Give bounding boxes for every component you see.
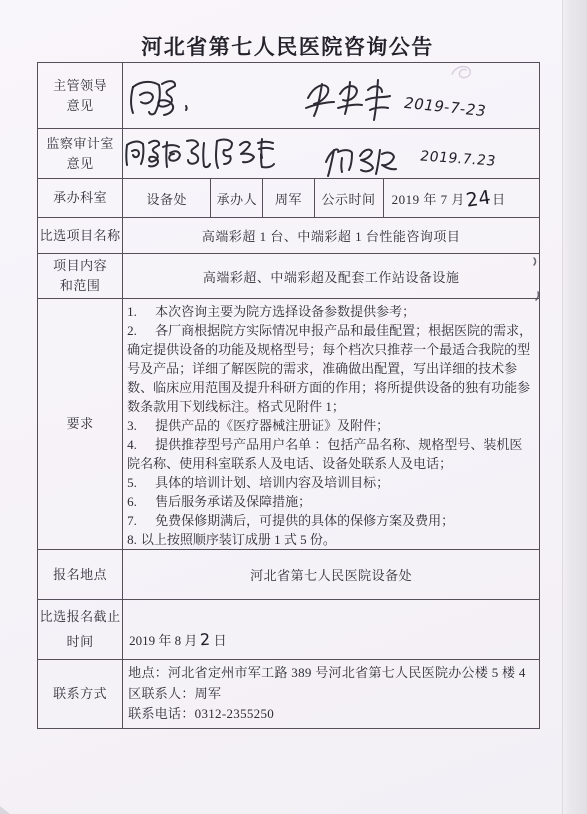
page-title: 河北省第七人民医院咨询公告 <box>37 31 538 61</box>
publicity-date-prefix: 2019 年 7 月 <box>392 192 465 207</box>
deadline-label-line1: 比选报名截止 <box>38 607 122 627</box>
deadline-label-line2: 时间 <box>38 632 122 652</box>
requirement-item: 7.免费保修期满后，可提供的具体的保修方案及费用； <box>127 511 535 530</box>
requirement-item: 2.各厂商根据院方实际情况申报产品和最佳配置；根据医院的需求，确定提供设备的功能… <box>127 321 535 416</box>
undertake-row: 承办科室 设备处 承办人 周军 公示时间 2019 年 7 月24日 <box>38 179 540 218</box>
contact-person-line: 区联系人：周军 <box>128 684 534 705</box>
scope-label-line2: 和范围 <box>38 276 122 296</box>
scope-row: 项目内容 和范围 高端彩超、中端彩超及配套工作站设备设施 <box>38 254 540 299</box>
requirement-item: 8.以上按照顺序装订成册 1 式 5 份。 <box>127 530 535 549</box>
contact-address-line: 地点：河北省定州市军工路 389 号河北省第七人民医院办公楼 5 楼 4 <box>128 663 534 684</box>
publicity-date-suffix: 日 <box>492 192 506 207</box>
leader-opinion-label: 主管领导 意见 <box>38 63 123 129</box>
scanned-announcement-page: 河北省第七人民医院咨询公告 主管领导 意见 监察审计室 意见 承办科室 设备处 … <box>0 0 587 814</box>
contact-row: 联系方式 地点：河北省定州市军工路 389 号河北省第七人民医院办公楼 5 楼 … <box>38 660 540 729</box>
contact-phone-line: 联系电话：0312-2355250 <box>128 704 534 725</box>
undertake-dept-label: 承办科室 <box>38 179 123 218</box>
scan-corner-shadow <box>0 806 10 814</box>
project-name-row: 比选项目名称 高端彩超 1 台、中端彩超 1 台性能咨询项目 <box>38 218 540 254</box>
leader-label-line2: 意见 <box>38 96 122 116</box>
deadline-row: 比选报名截止 时间 2019 年 8 月2日 <box>38 600 540 660</box>
project-name-label: 比选项目名称 <box>38 218 123 254</box>
requirement-item: 5.具体的培训计划、培训内容及培训目标； <box>127 473 535 492</box>
undertake-person-label: 承办人 <box>211 179 263 218</box>
requirement-item: 4.提供推荐型号产品用户名单 ：包括产品名称、规格型号、装机医院名称、使用科室联… <box>127 435 535 473</box>
leader-label-line1: 主管领导 <box>38 76 122 96</box>
requirements-label: 要求 <box>38 299 123 550</box>
requirement-item: 1.本次咨询主要为院方选择设备参数提供参考； <box>127 302 535 321</box>
handwritten-day-24: 24 <box>464 186 492 211</box>
project-name-value: 高端彩超 1 台、中端彩超 1 台性能咨询项目 <box>123 218 540 254</box>
deadline-label: 比选报名截止 时间 <box>38 600 123 660</box>
requirements-row: 要求 1.本次咨询主要为院方选择设备参数提供参考； 2.各厂商根据院方实际情况申… <box>38 299 540 550</box>
location-value: 河北省第七人民医院设备处 <box>123 550 540 600</box>
publicity-date: 2019 年 7 月24日 <box>383 179 539 218</box>
audit-opinion-label: 监察审计室 意见 <box>38 129 123 179</box>
requirements-value: 1.本次咨询主要为院方选择设备参数提供参考； 2.各厂商根据院方实际情况申报产品… <box>123 299 540 550</box>
audit-label-line2: 意见 <box>38 154 122 174</box>
contact-label: 联系方式 <box>38 660 123 729</box>
undertake-dept-value: 设备处 <box>123 179 211 218</box>
scan-edge-shadow <box>562 0 587 814</box>
handwritten-day-2: 2 <box>200 629 211 649</box>
requirement-item: 3.提供产品的《医疗器械注册证》及附件； <box>127 416 535 435</box>
location-label: 报名地点 <box>38 550 123 600</box>
requirement-item: 6.售后服务承诺及保障措施； <box>127 492 535 511</box>
deadline-date-suffix: 日 <box>214 633 227 648</box>
leader-opinion-row: 主管领导 意见 <box>38 63 540 129</box>
scope-value: 高端彩超、中端彩超及配套工作站设备设施 <box>123 254 540 299</box>
undertake-person-value: 周军 <box>263 179 314 218</box>
deadline-value: 2019 年 8 月2日 <box>123 600 540 660</box>
contact-value: 地点：河北省定州市军工路 389 号河北省第七人民医院办公楼 5 楼 4 区联系… <box>123 660 540 729</box>
deadline-date-prefix: 2019 年 8 月 <box>129 633 197 648</box>
publicity-time-label: 公示时间 <box>314 179 383 218</box>
scope-label-line1: 项目内容 <box>38 256 122 276</box>
audit-label-line1: 监察审计室 <box>38 134 122 154</box>
scope-label: 项目内容 和范围 <box>38 254 123 299</box>
requirements-list: 1.本次咨询主要为院方选择设备参数提供参考； 2.各厂商根据院方实际情况申报产品… <box>123 299 539 549</box>
location-row: 报名地点 河北省第七人民医院设备处 <box>38 550 540 600</box>
